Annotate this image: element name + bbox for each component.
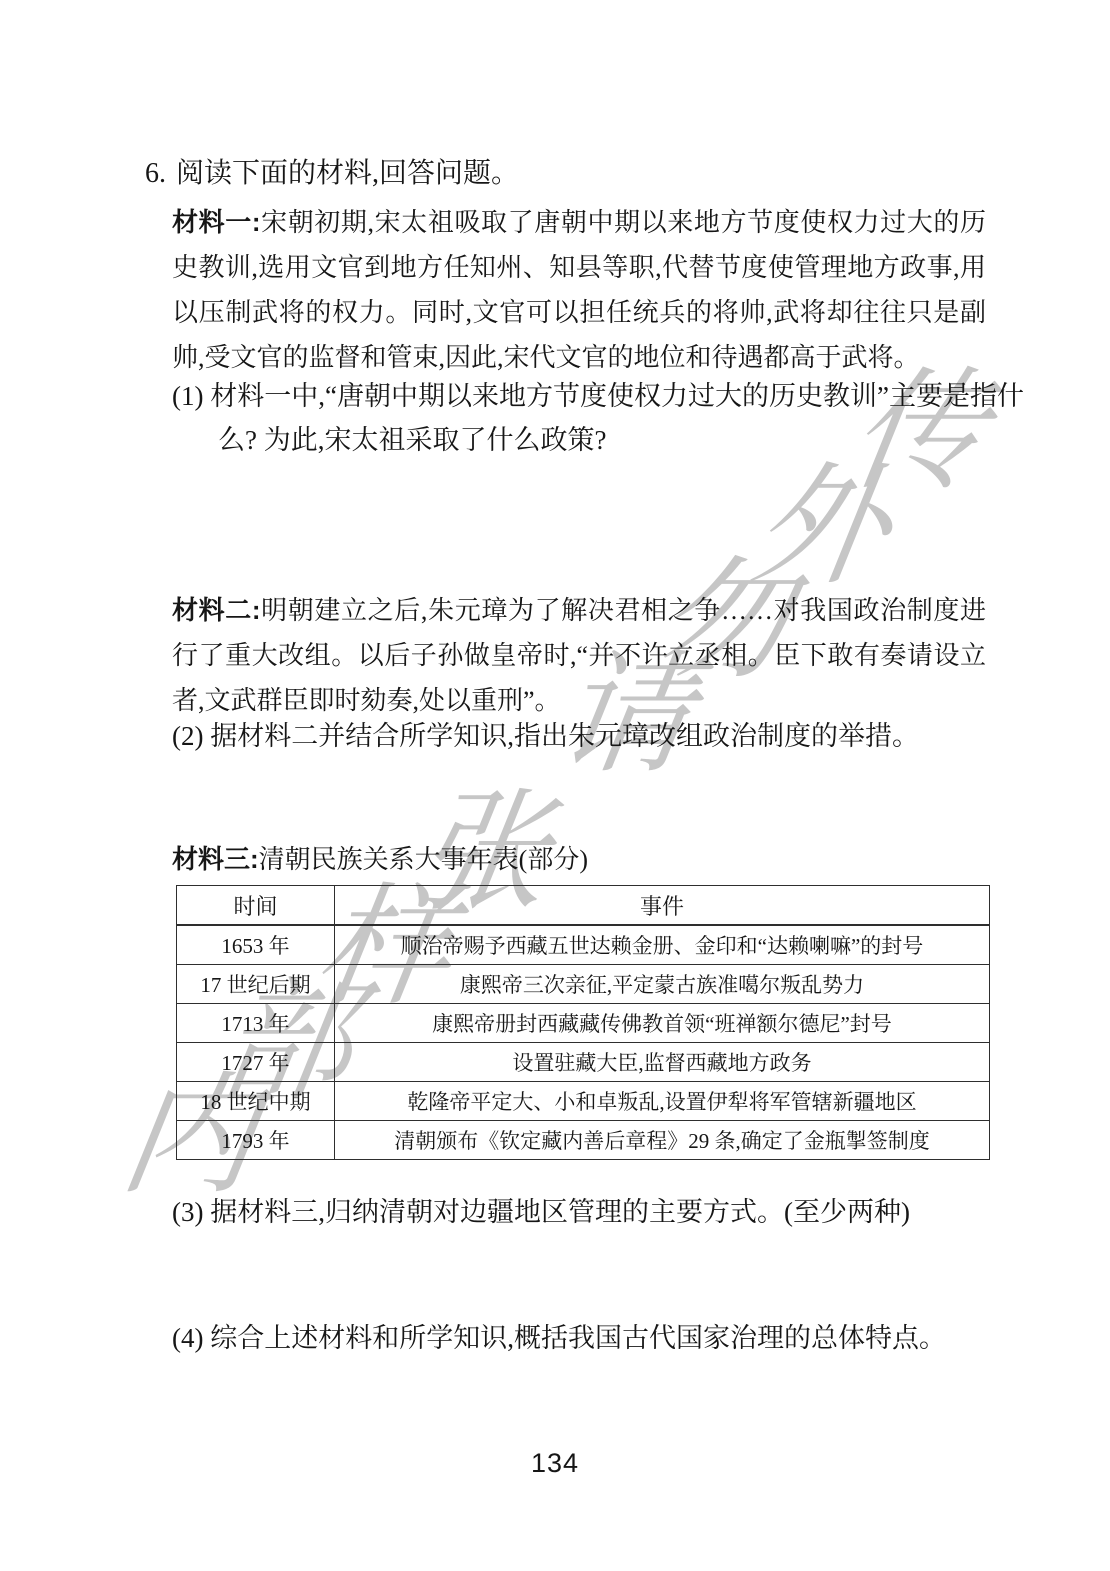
material-3: 材料三:清朝民族关系大事年表(部分) bbox=[172, 842, 588, 877]
table-row: 1653 年顺治帝赐予西藏五世达赖金册、金印和“达赖喇嘛”的封号 bbox=[177, 925, 990, 965]
table-row: 1713 年康熙帝册封西藏藏传佛教首领“班禅额尔德尼”封号 bbox=[177, 1004, 990, 1043]
subquestion-4-number: (4) bbox=[172, 1323, 203, 1353]
event-cell: 康熙帝册封西藏藏传佛教首领“班禅额尔德尼”封号 bbox=[335, 1004, 990, 1043]
subquestion-3-text: 据材料三,归纳清朝对边疆地区管理的主要方式。(至少两种) bbox=[210, 1197, 910, 1227]
question-number: 6. bbox=[145, 158, 166, 189]
material-3-title: 清朝民族关系大事年表(部分) bbox=[259, 845, 588, 874]
table-row: 1727 年设置驻藏大臣,监督西藏地方政务 bbox=[177, 1043, 990, 1082]
event-cell: 顺治帝赐予西藏五世达赖金册、金印和“达赖喇嘛”的封号 bbox=[335, 925, 990, 965]
table-row: 17 世纪后期康熙帝三次亲征,平定蒙古族准噶尔叛乱势力 bbox=[177, 965, 990, 1004]
subquestion-3: (3) 据材料三,归纳清朝对边疆地区管理的主要方式。(至少两种) bbox=[172, 1190, 1038, 1234]
events-table-body: 1653 年顺治帝赐予西藏五世达赖金册、金印和“达赖喇嘛”的封号17 世纪后期康… bbox=[177, 925, 990, 1160]
events-table-header: 时间 事件 bbox=[177, 886, 990, 926]
material-3-label: 材料三: bbox=[172, 844, 259, 874]
header-row: 时间 事件 bbox=[177, 886, 990, 926]
subquestion-3-number: (3) bbox=[172, 1197, 203, 1227]
table-row: 1793 年清朝颁布《钦定藏内善后章程》29 条,确定了金瓶掣签制度 bbox=[177, 1121, 990, 1160]
subquestion-1: (1) 材料一中,“唐朝中期以来地方节度使权力过大的历史教训”主要是指什么? 为… bbox=[172, 374, 1038, 462]
material-1: 材料一:宋朝初期,宋太祖吸取了唐朝中期以来地方节度使权力过大的历史教训,选用文官… bbox=[172, 200, 986, 380]
material-1-label: 材料一: bbox=[172, 207, 260, 237]
time-cell: 1653 年 bbox=[177, 925, 335, 965]
material-1-text: 宋朝初期,宋太祖吸取了唐朝中期以来地方节度使权力过大的历史教训,选用文官到地方任… bbox=[172, 208, 986, 372]
events-table: 时间 事件 1653 年顺治帝赐予西藏五世达赖金册、金印和“达赖喇嘛”的封号17… bbox=[176, 885, 990, 1160]
time-cell: 18 世纪中期 bbox=[177, 1082, 335, 1121]
event-cell: 乾隆帝平定大、小和卓叛乱,设置伊犁将军管辖新疆地区 bbox=[335, 1082, 990, 1121]
subquestion-1-text: 材料一中,“唐朝中期以来地方节度使权力过大的历史教训”主要是指什么? 为此,宋太… bbox=[210, 381, 1024, 455]
material-2: 材料二:明朝建立之后,朱元璋为了解决君相之争……对我国政治制度进行了重大改组。以… bbox=[172, 588, 986, 723]
time-cell: 1713 年 bbox=[177, 1004, 335, 1043]
subquestion-2-text: 据材料二并结合所学知识,指出朱元璋改组政治制度的举措。 bbox=[210, 721, 919, 751]
page-content: 6.阅读下面的材料,回答问题。 材料一:宋朝初期,宋太祖吸取了唐朝中期以来地方节… bbox=[0, 0, 1110, 1571]
subquestion-4-text: 综合上述材料和所学知识,概括我国古代国家治理的总体特点。 bbox=[210, 1323, 946, 1353]
time-column-header: 时间 bbox=[177, 886, 335, 926]
subquestion-2: (2) 据材料二并结合所学知识,指出朱元璋改组政治制度的举措。 bbox=[172, 714, 1038, 758]
page-number: 134 bbox=[0, 1448, 1110, 1479]
material-2-label: 材料二: bbox=[172, 595, 261, 625]
event-cell: 康熙帝三次亲征,平定蒙古族准噶尔叛乱势力 bbox=[335, 965, 990, 1004]
subquestion-1-number: (1) bbox=[172, 381, 203, 411]
subquestion-2-number: (2) bbox=[172, 721, 203, 751]
time-cell: 1793 年 bbox=[177, 1121, 335, 1160]
time-cell: 1727 年 bbox=[177, 1043, 335, 1082]
material-2-text: 明朝建立之后,朱元璋为了解决君相之争……对我国政治制度进行了重大改组。以后子孙做… bbox=[172, 596, 986, 715]
event-column-header: 事件 bbox=[335, 886, 990, 926]
exam-page: { "watermark": { "text": "内部样张 请勿外传", "c… bbox=[0, 0, 1110, 1571]
question-6-intro-line: 6.阅读下面的材料,回答问题。 bbox=[145, 156, 519, 192]
question-intro: 阅读下面的材料,回答问题。 bbox=[176, 158, 519, 189]
table-row: 18 世纪中期乾隆帝平定大、小和卓叛乱,设置伊犁将军管辖新疆地区 bbox=[177, 1082, 990, 1121]
event-cell: 清朝颁布《钦定藏内善后章程》29 条,确定了金瓶掣签制度 bbox=[335, 1121, 990, 1160]
time-cell: 17 世纪后期 bbox=[177, 965, 335, 1004]
event-cell: 设置驻藏大臣,监督西藏地方政务 bbox=[335, 1043, 990, 1082]
subquestion-4: (4) 综合上述材料和所学知识,概括我国古代国家治理的总体特点。 bbox=[172, 1316, 1038, 1360]
